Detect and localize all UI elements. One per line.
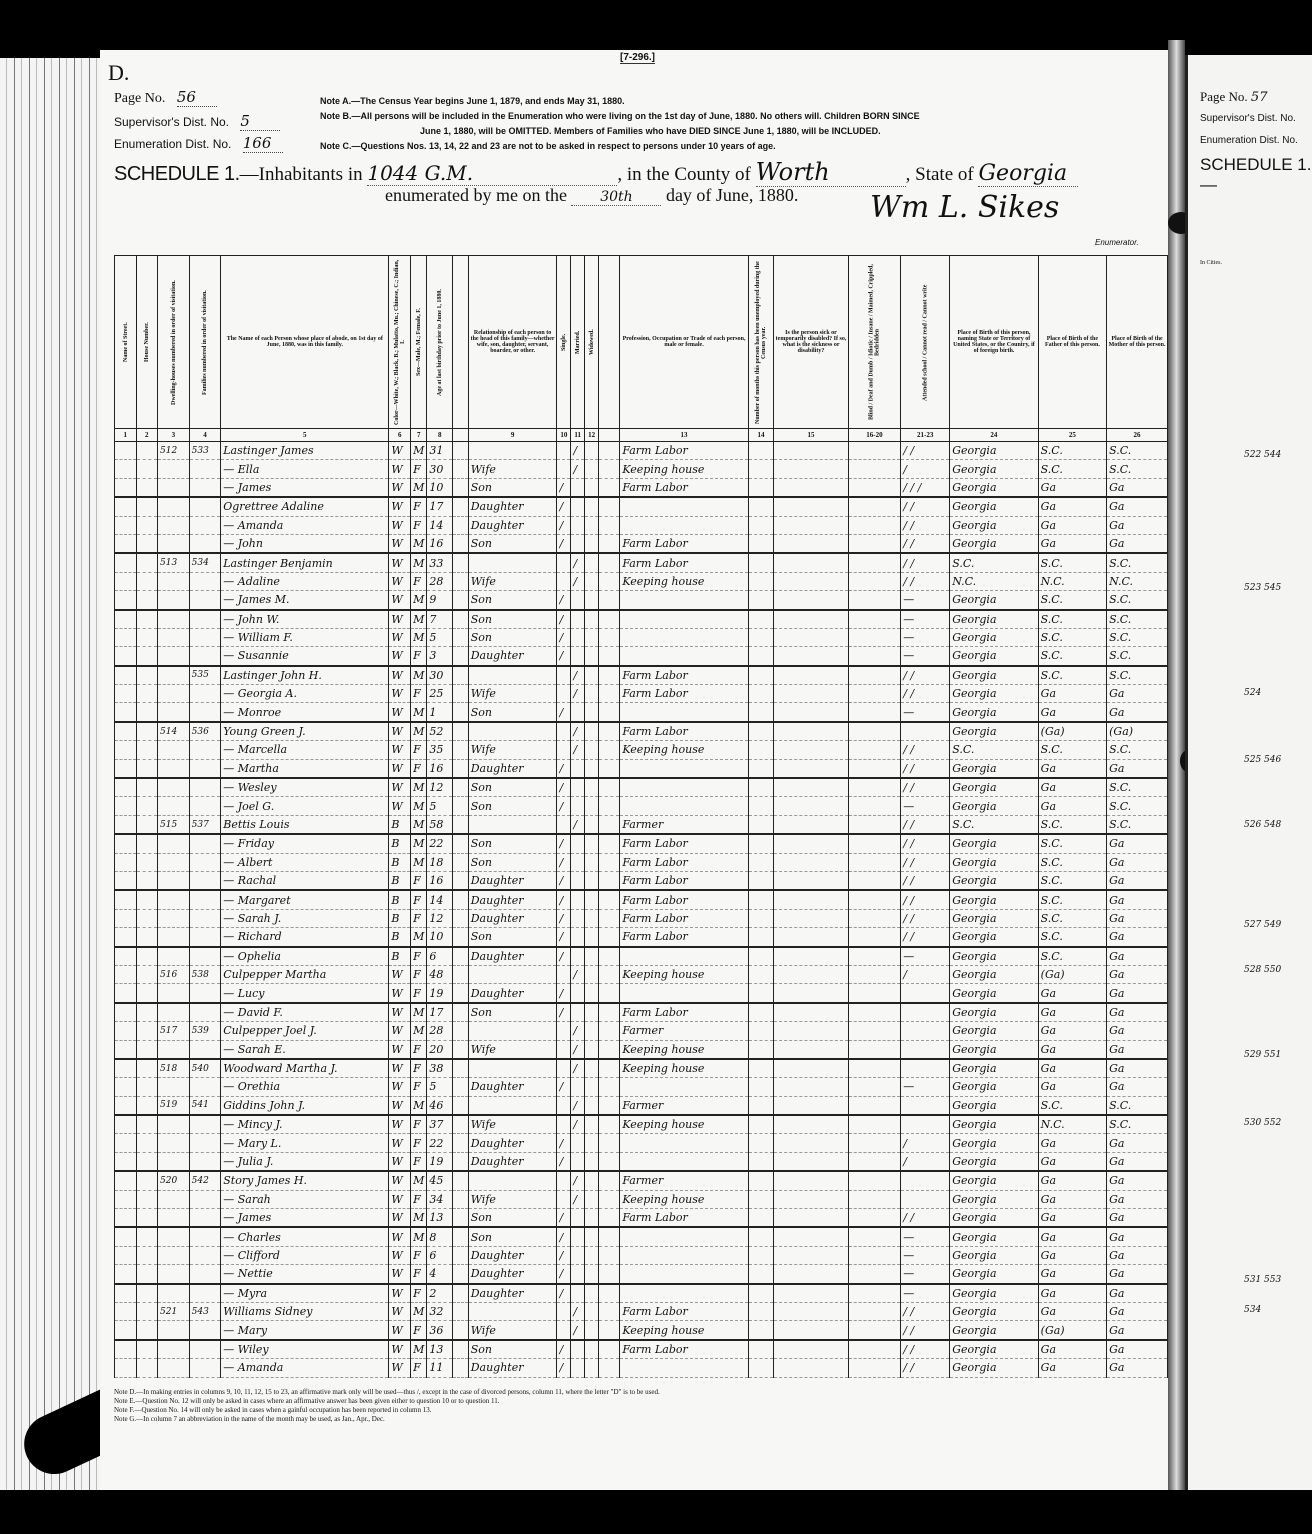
education-cell — [901, 1190, 950, 1208]
house-cell — [136, 909, 158, 927]
father-birthplace-cell: S.C. — [1038, 666, 1106, 685]
relation-cell: Son — [468, 928, 557, 947]
mother-birthplace-cell: Ga — [1107, 947, 1168, 966]
unemployed-cell — [748, 1190, 774, 1208]
note-e: Note E.—Question No. 12 will only be ask… — [114, 1397, 1154, 1406]
father-birthplace-cell: S.C. — [1038, 442, 1106, 460]
street-cell — [115, 965, 137, 983]
mother-birthplace-cell: Ga — [1107, 909, 1168, 927]
color-cell: W — [389, 497, 411, 516]
married-in-year-cell — [598, 871, 619, 890]
dwelling-cell — [158, 460, 190, 478]
name-cell: Woodward Martha J. — [221, 1059, 389, 1078]
book-binding — [0, 58, 100, 1534]
family-cell — [189, 984, 221, 1003]
name-cell: — Martha — [221, 759, 389, 778]
street-cell — [115, 666, 137, 685]
occupation-cell: Keeping house — [620, 1190, 748, 1208]
colnum: 6 — [389, 429, 411, 442]
education-cell: / — [901, 1152, 950, 1171]
unemployed-cell — [748, 1134, 774, 1152]
sex-cell: M — [411, 591, 427, 610]
age-cell: 35 — [427, 741, 453, 759]
mother-birthplace-cell: S.C. — [1107, 610, 1168, 629]
relation-cell: Son — [468, 778, 557, 797]
form-number: [7-296.] — [620, 52, 655, 64]
enumeration-label: Enumeration Dist. No. — [114, 137, 231, 151]
single-cell — [557, 815, 571, 834]
education-cell: / / — [901, 534, 950, 553]
street-cell — [115, 610, 137, 629]
census-page-left: D. [7-296.] Page No. 56 Supervisor's Dis… — [100, 50, 1168, 1490]
name-cell: — Myra — [221, 1284, 389, 1303]
mother-birthplace-cell: Ga — [1107, 516, 1168, 534]
born-in-year-cell — [453, 703, 469, 722]
birthplace-cell: Georgia — [950, 647, 1038, 666]
house-cell — [136, 516, 158, 534]
mother-birthplace-cell: S.C. — [1107, 1115, 1168, 1134]
colnum: 16-20 — [848, 429, 901, 442]
widowed-cell — [585, 647, 599, 666]
birthplace-cell: Georgia — [950, 1246, 1038, 1264]
color-cell: B — [389, 928, 411, 947]
disability-cell — [848, 1059, 901, 1078]
sickness-cell — [774, 890, 848, 909]
street-cell — [115, 572, 137, 590]
relation-cell: Daughter — [468, 1134, 557, 1152]
married-in-year-cell — [598, 1040, 619, 1059]
name-cell: — James M. — [221, 591, 389, 610]
colnum: 24 — [950, 429, 1038, 442]
birthplace-cell: N.C. — [950, 572, 1038, 590]
rp-page-no: Page No. 57 — [1200, 89, 1267, 105]
disability-cell — [848, 442, 901, 460]
color-cell: W — [389, 647, 411, 666]
name-cell: Bettis Louis — [221, 815, 389, 834]
house-cell — [136, 834, 158, 853]
dwelling-cell: 512 — [158, 442, 190, 460]
born-in-year-cell — [453, 1359, 469, 1377]
age-cell: 13 — [427, 1209, 453, 1228]
married-cell — [571, 797, 585, 815]
street-cell — [115, 1134, 137, 1152]
single-cell — [557, 1190, 571, 1208]
mother-birthplace-cell: S.C. — [1107, 797, 1168, 815]
occupation-cell: Farm Labor — [620, 853, 748, 871]
sex-cell: F — [411, 741, 427, 759]
dwelling-cell: 517 — [158, 1022, 190, 1040]
unemployed-cell — [748, 759, 774, 778]
sex-cell: M — [411, 666, 427, 685]
education-cell: — — [901, 647, 950, 666]
dwelling-cell — [158, 741, 190, 759]
widowed-cell — [585, 572, 599, 590]
sex-cell: F — [411, 1246, 427, 1264]
education-cell: / / — [901, 890, 950, 909]
mother-birthplace-cell: Ga — [1107, 834, 1168, 853]
married-cell — [571, 853, 585, 871]
house-cell — [136, 1209, 158, 1228]
street-cell — [115, 1022, 137, 1040]
age-cell: 32 — [427, 1302, 453, 1320]
age-cell: 20 — [427, 1040, 453, 1059]
education-cell: / / — [901, 442, 950, 460]
dwelling-cell — [158, 890, 190, 909]
table-row: — FridayBM22Son/Farm Labor/ /GeorgiaS.C.… — [115, 834, 1168, 853]
sickness-cell — [774, 628, 848, 646]
mother-birthplace-cell: S.C. — [1107, 553, 1168, 572]
birthplace-cell: Georgia — [950, 460, 1038, 478]
married-cell — [571, 1209, 585, 1228]
disability-cell — [848, 703, 901, 722]
occupation-cell: Farm Labor — [620, 1209, 748, 1228]
age-cell: 37 — [427, 1115, 453, 1134]
house-cell — [136, 984, 158, 1003]
father-birthplace-cell: Ga — [1038, 1359, 1106, 1377]
born-in-year-cell — [453, 1022, 469, 1040]
family-cell — [189, 778, 221, 797]
house-cell — [136, 1134, 158, 1152]
occupation-cell: Farmer — [620, 815, 748, 834]
occupation-cell: Farm Labor — [620, 1302, 748, 1320]
disability-cell — [848, 928, 901, 947]
street-cell — [115, 1115, 137, 1134]
family-cell — [189, 1227, 221, 1246]
education-cell: / / — [901, 1321, 950, 1340]
birthplace-cell: Georgia — [950, 834, 1038, 853]
relation-cell: Son — [468, 610, 557, 629]
married-in-year-cell — [598, 553, 619, 572]
married-cell: / — [571, 815, 585, 834]
table-row: — CliffordWF6Daughter/—GeorgiaGaGa — [115, 1246, 1168, 1264]
col-education: Attended school / Cannot read / Cannot w… — [901, 256, 950, 429]
age-cell: 18 — [427, 853, 453, 871]
name-cell: — Adaline — [221, 572, 389, 590]
disability-cell — [848, 1340, 901, 1359]
dwelling-cell: 521 — [158, 1302, 190, 1320]
unemployed-cell — [748, 947, 774, 966]
name-cell: — Friday — [221, 834, 389, 853]
sex-cell: F — [411, 947, 427, 966]
relation-cell — [468, 1302, 557, 1320]
relation-cell: Daughter — [468, 1359, 557, 1377]
mother-birthplace-cell: S.C. — [1107, 591, 1168, 610]
relation-cell: Daughter — [468, 947, 557, 966]
sickness-cell — [774, 460, 848, 478]
color-cell: B — [389, 815, 411, 834]
born-in-year-cell — [453, 1078, 469, 1096]
married-in-year-cell — [598, 460, 619, 478]
dwelling-cell — [158, 685, 190, 703]
disability-cell — [848, 834, 901, 853]
street-cell — [115, 1003, 137, 1022]
supervisor-label: Supervisor's Dist. No. — [114, 115, 229, 129]
age-cell: 48 — [427, 965, 453, 983]
occupation-cell: Farm Labor — [620, 928, 748, 947]
family-cell — [189, 1134, 221, 1152]
education-cell: / — [901, 1134, 950, 1152]
color-cell: W — [389, 1227, 411, 1246]
relation-cell: Son — [468, 797, 557, 815]
born-in-year-cell — [453, 1284, 469, 1303]
single-cell: / — [557, 909, 571, 927]
education-cell — [901, 1040, 950, 1059]
married-in-year-cell — [598, 497, 619, 516]
disability-cell — [848, 1096, 901, 1115]
district-value: 1044 G.M. — [367, 161, 617, 186]
unemployed-cell — [748, 647, 774, 666]
sickness-cell — [774, 1152, 848, 1171]
education-cell: / / — [901, 685, 950, 703]
street-cell — [115, 1265, 137, 1284]
sex-cell: M — [411, 478, 427, 497]
married-in-year-cell — [598, 685, 619, 703]
mother-birthplace-cell: Ga — [1107, 1190, 1168, 1208]
rp-dwelling-entry: 534 — [1244, 1305, 1261, 1315]
book-spine — [1168, 40, 1185, 1534]
house-cell — [136, 741, 158, 759]
unemployed-cell — [748, 965, 774, 983]
unemployed-cell — [748, 1227, 774, 1246]
age-cell: 12 — [427, 909, 453, 927]
birthplace-cell: Georgia — [950, 1284, 1038, 1303]
single-cell: / — [557, 1078, 571, 1096]
education-cell: / — [901, 965, 950, 983]
street-cell — [115, 1359, 137, 1377]
occupation-cell — [620, 778, 748, 797]
birthplace-cell: Georgia — [950, 666, 1038, 685]
mother-birthplace-cell: (Ga) — [1107, 722, 1168, 741]
father-birthplace-cell: S.C. — [1038, 890, 1106, 909]
widowed-cell — [585, 1059, 599, 1078]
dwelling-cell — [158, 1246, 190, 1264]
name-cell: — Sarah E. — [221, 1040, 389, 1059]
house-cell — [136, 497, 158, 516]
disability-cell — [848, 1321, 901, 1340]
education-cell — [901, 1171, 950, 1190]
disability-cell — [848, 628, 901, 646]
married-in-year-cell — [598, 1134, 619, 1152]
married-in-year-cell — [598, 1078, 619, 1096]
disability-cell — [848, 1190, 901, 1208]
sex-cell: M — [411, 1022, 427, 1040]
education-cell: / / — [901, 666, 950, 685]
street-cell — [115, 553, 137, 572]
relation-cell: Daughter — [468, 1246, 557, 1264]
married-in-year-cell — [598, 890, 619, 909]
mother-birthplace-cell: Ga — [1107, 1359, 1168, 1377]
street-cell — [115, 1227, 137, 1246]
birthplace-cell: Georgia — [950, 797, 1038, 815]
unemployed-cell — [748, 460, 774, 478]
disability-cell — [848, 1265, 901, 1284]
birthplace-cell: Georgia — [950, 1190, 1038, 1208]
widowed-cell — [585, 890, 599, 909]
color-cell: W — [389, 572, 411, 590]
name-cell: — Monroe — [221, 703, 389, 722]
unemployed-cell — [748, 890, 774, 909]
relation-cell: Son — [468, 853, 557, 871]
name-cell: Young Green J. — [221, 722, 389, 741]
street-cell — [115, 947, 137, 966]
house-cell — [136, 759, 158, 778]
mother-birthplace-cell: Ga — [1107, 685, 1168, 703]
sex-cell: F — [411, 1078, 427, 1096]
widowed-cell — [585, 947, 599, 966]
relation-cell — [468, 553, 557, 572]
sex-cell: M — [411, 1340, 427, 1359]
dwelling-cell — [158, 1003, 190, 1022]
occupation-cell — [620, 591, 748, 610]
father-birthplace-cell: (Ga) — [1038, 722, 1106, 741]
dwelling-cell — [158, 928, 190, 947]
house-cell — [136, 1078, 158, 1096]
married-in-year-cell — [598, 1359, 619, 1377]
single-cell — [557, 1096, 571, 1115]
colnum: 3 — [158, 429, 190, 442]
family-cell — [189, 1078, 221, 1096]
sickness-cell — [774, 797, 848, 815]
unemployed-cell — [748, 871, 774, 890]
single-cell — [557, 1302, 571, 1320]
widowed-cell — [585, 909, 599, 927]
sex-cell: F — [411, 1115, 427, 1134]
schedule-line: SCHEDULE 1.—Inhabitants in 1044 G.M., in… — [114, 158, 1078, 187]
born-in-year-cell — [453, 534, 469, 553]
mother-birthplace-cell: Ga — [1107, 534, 1168, 553]
sickness-cell — [774, 666, 848, 685]
father-birthplace-cell: S.C. — [1038, 1096, 1106, 1115]
color-cell: W — [389, 1359, 411, 1377]
table-row: — AmandaWF11Daughter// /GeorgiaGaGa — [115, 1359, 1168, 1377]
color-cell: W — [389, 759, 411, 778]
relation-cell: Wife — [468, 572, 557, 590]
birthplace-cell: Georgia — [950, 1096, 1038, 1115]
born-in-year-cell — [453, 815, 469, 834]
sex-cell: M — [411, 442, 427, 460]
dwelling-cell — [158, 853, 190, 871]
street-cell — [115, 834, 137, 853]
married-in-year-cell — [598, 1096, 619, 1115]
father-birthplace-cell: Ga — [1038, 1003, 1106, 1022]
name-cell: — Clifford — [221, 1246, 389, 1264]
sickness-cell — [774, 853, 848, 871]
single-cell: / — [557, 1340, 571, 1359]
relation-cell: Daughter — [468, 1078, 557, 1096]
married-in-year-cell — [598, 628, 619, 646]
color-cell: W — [389, 778, 411, 797]
dwelling-cell — [158, 1078, 190, 1096]
rp-dwelling-entry: 524 — [1244, 688, 1261, 698]
mother-birthplace-cell: Ga — [1107, 1209, 1168, 1228]
color-cell: W — [389, 1171, 411, 1190]
father-birthplace-cell: S.C. — [1038, 928, 1106, 947]
married-cell: / — [571, 1190, 585, 1208]
father-birthplace-cell: Ga — [1038, 1040, 1106, 1059]
street-cell — [115, 1340, 137, 1359]
relation-cell: Son — [468, 534, 557, 553]
name-cell: Giddins John J. — [221, 1096, 389, 1115]
widowed-cell — [585, 1190, 599, 1208]
name-cell: Culpepper Martha — [221, 965, 389, 983]
married-cell: / — [571, 442, 585, 460]
single-cell: / — [557, 703, 571, 722]
family-cell — [189, 1040, 221, 1059]
birthplace-cell: Georgia — [950, 984, 1038, 1003]
house-cell — [136, 1115, 158, 1134]
unemployed-cell — [748, 610, 774, 629]
married-in-year-cell — [598, 1227, 619, 1246]
family-cell — [189, 516, 221, 534]
unemployed-cell — [748, 703, 774, 722]
name-cell: — Mary — [221, 1321, 389, 1340]
house-cell — [136, 965, 158, 983]
age-cell: 10 — [427, 928, 453, 947]
education-cell: — — [901, 703, 950, 722]
relation-cell: Son — [468, 1209, 557, 1228]
relation-cell: Wife — [468, 1115, 557, 1134]
mother-birthplace-cell: Ga — [1107, 1246, 1168, 1264]
disability-cell — [848, 890, 901, 909]
unemployed-cell — [748, 534, 774, 553]
house-cell — [136, 534, 158, 553]
father-birthplace-cell: Ga — [1038, 1265, 1106, 1284]
rp-dwelling-entry: 522 544 — [1244, 450, 1281, 460]
occupation-cell: Farmer — [620, 1171, 748, 1190]
family-cell — [189, 1265, 221, 1284]
education-cell: — — [901, 610, 950, 629]
color-cell: W — [389, 1340, 411, 1359]
sex-cell: M — [411, 797, 427, 815]
married-cell — [571, 703, 585, 722]
disability-cell — [848, 1022, 901, 1040]
table-row: — Sarah J.BF12Daughter/Farm Labor/ /Geor… — [115, 909, 1168, 927]
education-cell: / / / — [901, 478, 950, 497]
family-cell — [189, 478, 221, 497]
colnum: 9 — [468, 429, 557, 442]
relation-cell: Son — [468, 628, 557, 646]
sex-cell: M — [411, 628, 427, 646]
father-birthplace-cell: Ga — [1038, 1152, 1106, 1171]
dwelling-cell — [158, 628, 190, 646]
name-cell: — Georgia A. — [221, 685, 389, 703]
single-cell: / — [557, 984, 571, 1003]
relation-cell: Son — [468, 703, 557, 722]
born-in-year-cell — [453, 478, 469, 497]
color-cell: W — [389, 442, 411, 460]
street-cell — [115, 516, 137, 534]
mother-birthplace-cell: Ga — [1107, 1227, 1168, 1246]
street-cell — [115, 1171, 137, 1190]
disability-cell — [848, 647, 901, 666]
house-cell — [136, 1359, 158, 1377]
dwelling-cell — [158, 1340, 190, 1359]
occupation-cell: Keeping house — [620, 965, 748, 983]
birthplace-cell: Georgia — [950, 1134, 1038, 1152]
col-color: Color—White, W.; Black, B.; Mulatto, Mu.… — [389, 256, 411, 429]
married-cell — [571, 1340, 585, 1359]
family-cell — [189, 572, 221, 590]
form-letter: D. — [108, 60, 129, 86]
rp-dwelling-entry: 526 548 — [1244, 820, 1281, 830]
name-cell: — Marcella — [221, 741, 389, 759]
dwelling-cell — [158, 947, 190, 966]
relation-cell: Wife — [468, 460, 557, 478]
colnum: 21-23 — [901, 429, 950, 442]
education-cell: / / — [901, 1209, 950, 1228]
widowed-cell — [585, 834, 599, 853]
disability-cell — [848, 722, 901, 741]
